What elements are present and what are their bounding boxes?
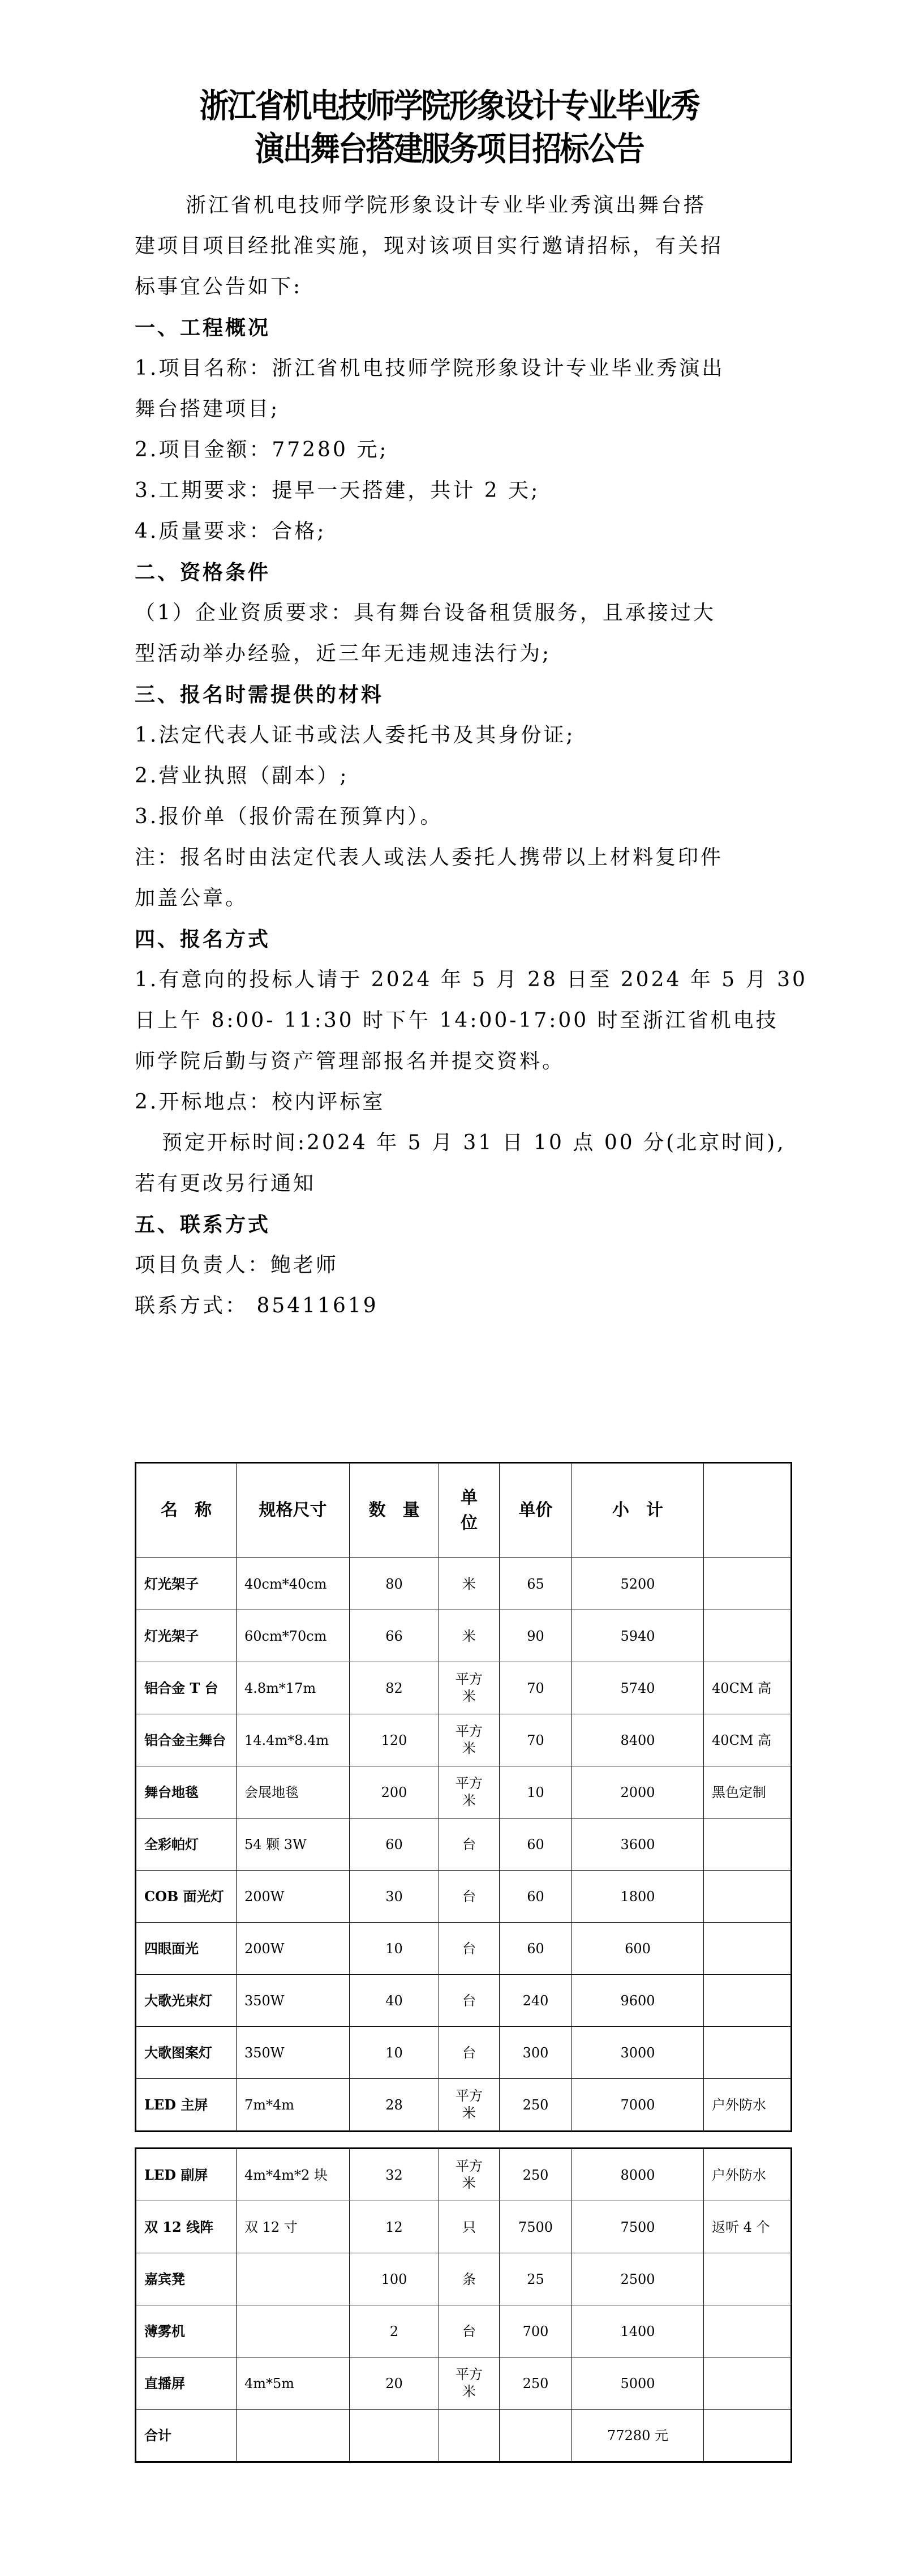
qualification-line: （1）企业资质要求：具有舞台设备租赁服务，且承接过大 (135, 593, 757, 634)
cell-qty: 32 (350, 2149, 439, 2201)
cell-qty: 30 (350, 1871, 439, 1923)
cell-name: LED 主屏 (136, 2079, 237, 2132)
cell-spec: 4.8m*17m (237, 1662, 350, 1714)
cell-subtotal: 77280 元 (572, 2410, 704, 2462)
cell-unit: 平方米 (439, 2079, 500, 2132)
materials-line: 2.营业执照（副本）; (135, 756, 757, 797)
cell-unit: 台 (439, 1975, 500, 2027)
cell-subtotal: 3600 (572, 1818, 704, 1871)
materials-line: 3.报价单（报价需在预算内）。 (135, 797, 757, 837)
cell-subtotal: 3000 (572, 2027, 704, 2079)
table-row: LED 副屏4m*4m*2 块32平方米2508000户外防水 (136, 2149, 792, 2201)
cell-qty: 200 (350, 1766, 439, 1818)
cell-qty (350, 2410, 439, 2462)
cell-qty: 100 (350, 2253, 439, 2305)
quotation-table-part1: 名 称 规格尺寸 数 量 单位 单价 小 计 灯光架子40cm*40cm80米6… (135, 1462, 792, 2132)
cell-price (500, 2410, 572, 2462)
cell-subtotal: 8400 (572, 1714, 704, 1766)
opening-time: 预定开标时间:2024 年 5 月 31 日 10 点 00 分(北京时间), (135, 1123, 757, 1163)
section-heading-materials: 三、报名时需提供的材料 (135, 674, 757, 715)
cell-price: 70 (500, 1714, 572, 1766)
cell-qty: 28 (350, 2079, 439, 2132)
cell-note (704, 2253, 792, 2305)
cell-price: 7500 (500, 2201, 572, 2253)
cell-qty: 40 (350, 1975, 439, 2027)
cell-note (704, 1558, 792, 1610)
cell-unit (439, 2410, 500, 2462)
cell-spec: 40cm*40cm (237, 1558, 350, 1610)
contact-phone: 联系方式： 85411619 (135, 1286, 757, 1326)
overview-line: 4.质量要求：合格; (135, 511, 757, 552)
cell-name: LED 副屏 (136, 2149, 237, 2201)
table-row: COB 面光灯200W30台601800 (136, 1871, 792, 1923)
cell-price: 60 (500, 1871, 572, 1923)
registration-line: 日上午 8:00- 11:30 时下午 14:00-17:00 时至浙江省机电技 (135, 1000, 757, 1041)
cell-note: 返听 4 个 (704, 2201, 792, 2253)
cell-price: 10 (500, 1766, 572, 1818)
cell-subtotal: 2000 (572, 1766, 704, 1818)
cell-name: 灯光架子 (136, 1558, 237, 1610)
cell-subtotal: 7500 (572, 2201, 704, 2253)
intro-line: 建项目项目经批准实施，现对该项目实行邀请招标，有关招 (135, 226, 757, 267)
cell-qty: 80 (350, 1558, 439, 1610)
overview-line: 3.工期要求：提早一天搭建，共计 2 天; (135, 470, 757, 511)
cell-spec: 350W (237, 1975, 350, 2027)
cell-unit: 平方米 (439, 1766, 500, 1818)
table-row: 大歌图案灯350W10台3003000 (136, 2027, 792, 2079)
cell-qty: 120 (350, 1714, 439, 1766)
materials-line: 加盖公章。 (135, 878, 757, 919)
cell-note (704, 2027, 792, 2079)
table-row: 嘉宾凳100条252500 (136, 2253, 792, 2305)
cell-name: 舞台地毯 (136, 1766, 237, 1818)
cell-note (704, 1871, 792, 1923)
cell-unit: 平方米 (439, 1714, 500, 1766)
cell-spec (237, 2253, 350, 2305)
cell-qty: 12 (350, 2201, 439, 2253)
col-header-qty: 数 量 (350, 1463, 439, 1558)
cell-price: 60 (500, 1923, 572, 1975)
page-title-line1: 浙江省机电技师学院形象设计专业毕业秀 (0, 83, 898, 130)
section-heading-registration: 四、报名方式 (135, 919, 757, 960)
table-row: 四眼面光200W10台60600 (136, 1923, 792, 1975)
section-heading-overview: 一、工程概况 (135, 307, 757, 348)
cell-name: COB 面光灯 (136, 1871, 237, 1923)
cell-qty: 60 (350, 1818, 439, 1871)
cell-spec: 双 12 寸 (237, 2201, 350, 2253)
cell-note (704, 1923, 792, 1975)
cell-spec (237, 2410, 350, 2462)
cell-price: 70 (500, 1662, 572, 1714)
table-row: 铝合金 T 台4.8m*17m82平方米70574040CM 高 (136, 1662, 792, 1714)
cell-note (704, 2410, 792, 2462)
cell-name: 全彩帕灯 (136, 1818, 237, 1871)
table-row: 铝合金主舞台14.4m*8.4m120平方米70840040CM 高 (136, 1714, 792, 1766)
cell-name: 大歌光束灯 (136, 1975, 237, 2027)
cell-unit: 台 (439, 1818, 500, 1871)
cell-note: 户外防水 (704, 2079, 792, 2132)
cell-name: 四眼面光 (136, 1923, 237, 1975)
materials-line: 注：报名时由法定代表人或法人委托人携带以上材料复印件 (135, 837, 757, 878)
cell-note (704, 1610, 792, 1662)
cell-unit: 台 (439, 1871, 500, 1923)
cell-subtotal: 5200 (572, 1558, 704, 1610)
cell-price: 60 (500, 1818, 572, 1871)
intro-line: 标事宜公告如下: (135, 267, 757, 307)
quotation-table-part2: LED 副屏4m*4m*2 块32平方米2508000户外防水双 12 线阵双 … (135, 2147, 792, 2463)
cell-subtotal: 5740 (572, 1662, 704, 1714)
cell-qty: 20 (350, 2357, 439, 2410)
cell-note (704, 1818, 792, 1871)
cell-qty: 2 (350, 2305, 439, 2357)
overview-line: 2.项目金额：77280 元; (135, 430, 757, 470)
cell-note: 黑色定制 (704, 1766, 792, 1818)
cell-qty: 10 (350, 2027, 439, 2079)
cell-name: 直播屏 (136, 2357, 237, 2410)
cell-subtotal: 7000 (572, 2079, 704, 2132)
cell-unit: 平方米 (439, 2149, 500, 2201)
cell-unit: 台 (439, 1923, 500, 1975)
table-row: 合计77280 元 (136, 2410, 792, 2462)
cell-name: 灯光架子 (136, 1610, 237, 1662)
cell-price: 700 (500, 2305, 572, 2357)
table-row: LED 主屏7m*4m28平方米2507000户外防水 (136, 2079, 792, 2132)
overview-line: 1.项目名称：浙江省机电技师学院形象设计专业毕业秀演出 (135, 348, 757, 389)
overview-line: 舞台搭建项目; (135, 389, 757, 430)
cell-name: 铝合金 T 台 (136, 1662, 237, 1714)
cell-price: 65 (500, 1558, 572, 1610)
table-row: 舞台地毯会展地毯200平方米102000黑色定制 (136, 1766, 792, 1818)
cell-unit: 条 (439, 2253, 500, 2305)
cell-price: 25 (500, 2253, 572, 2305)
table-row: 全彩帕灯54 颗 3W60台603600 (136, 1818, 792, 1871)
cell-qty: 10 (350, 1923, 439, 1975)
cell-note (704, 2357, 792, 2410)
table-row: 灯光架子40cm*40cm80米655200 (136, 1558, 792, 1610)
cell-subtotal: 1800 (572, 1871, 704, 1923)
cell-note: 40CM 高 (704, 1714, 792, 1766)
cell-spec: 54 颗 3W (237, 1818, 350, 1871)
cell-name: 大歌图案灯 (136, 2027, 237, 2079)
cell-subtotal: 9600 (572, 1975, 704, 2027)
col-header-name: 名 称 (136, 1463, 237, 1558)
col-header-note (704, 1463, 792, 1558)
col-header-price: 单价 (500, 1463, 572, 1558)
cell-unit: 米 (439, 1558, 500, 1610)
cell-spec: 350W (237, 2027, 350, 2079)
table-row: 大歌光束灯350W40台2409600 (136, 1975, 792, 2027)
cell-note: 40CM 高 (704, 1662, 792, 1714)
cell-subtotal: 1400 (572, 2305, 704, 2357)
cell-spec: 会展地毯 (237, 1766, 350, 1818)
cell-qty: 66 (350, 1610, 439, 1662)
cell-price: 90 (500, 1610, 572, 1662)
cell-unit: 米 (439, 1610, 500, 1662)
section-heading-contact: 五、联系方式 (135, 1204, 757, 1245)
cell-spec: 4m*5m (237, 2357, 350, 2410)
cell-subtotal: 2500 (572, 2253, 704, 2305)
cell-price: 250 (500, 2357, 572, 2410)
cell-name: 薄雾机 (136, 2305, 237, 2357)
cell-unit: 台 (439, 2027, 500, 2079)
cell-spec: 7m*4m (237, 2079, 350, 2132)
table-row: 灯光架子60cm*70cm66米905940 (136, 1610, 792, 1662)
cell-subtotal: 5000 (572, 2357, 704, 2410)
cell-note (704, 2305, 792, 2357)
cell-name: 双 12 线阵 (136, 2201, 237, 2253)
section-heading-qualification: 二、资格条件 (135, 552, 757, 593)
cell-name: 铝合金主舞台 (136, 1714, 237, 1766)
announcement-body: 浙江省机电技师学院形象设计专业毕业秀演出舞台搭 建项目项目经批准实施，现对该项目… (135, 185, 757, 1326)
col-header-subtotal: 小 计 (572, 1463, 704, 1558)
qualification-line: 型活动举办经验，近三年无违规违法行为; (135, 634, 757, 674)
registration-line: 师学院后勤与资产管理部报名并提交资料。 (135, 1041, 757, 1082)
cell-price: 250 (500, 2079, 572, 2132)
cell-qty: 82 (350, 1662, 439, 1714)
table-row: 双 12 线阵双 12 寸12只75007500返听 4 个 (136, 2201, 792, 2253)
cell-price: 300 (500, 2027, 572, 2079)
cell-spec: 60cm*70cm (237, 1610, 350, 1662)
cell-name: 合计 (136, 2410, 237, 2462)
contact-person: 项目负责人：鲍老师 (135, 1245, 757, 1286)
cell-subtotal: 600 (572, 1923, 704, 1975)
cell-note (704, 1975, 792, 2027)
cell-unit: 平方米 (439, 1662, 500, 1714)
cell-unit: 只 (439, 2201, 500, 2253)
col-header-unit: 单位 (439, 1463, 500, 1558)
cell-spec: 4m*4m*2 块 (237, 2149, 350, 2201)
cell-name: 嘉宾凳 (136, 2253, 237, 2305)
col-header-spec: 规格尺寸 (237, 1463, 350, 1558)
cell-subtotal: 5940 (572, 1610, 704, 1662)
cell-price: 240 (500, 1975, 572, 2027)
cell-subtotal: 8000 (572, 2149, 704, 2201)
registration-line: 2.开标地点：校内评标室 (135, 1082, 757, 1123)
page-title-line2: 演出舞台搭建服务项目招标公告 (0, 126, 898, 173)
cell-note: 户外防水 (704, 2149, 792, 2201)
cell-unit: 平方米 (439, 2357, 500, 2410)
cell-unit: 台 (439, 2305, 500, 2357)
cell-spec: 14.4m*8.4m (237, 1714, 350, 1766)
table-row: 薄雾机2台7001400 (136, 2305, 792, 2357)
table-header-row: 名 称 规格尺寸 数 量 单位 单价 小 计 (136, 1463, 792, 1558)
opening-note: 若有更改另行通知 (135, 1163, 757, 1204)
cell-spec (237, 2305, 350, 2357)
materials-line: 1.法定代表人证书或法人委托书及其身份证; (135, 715, 757, 756)
cell-spec: 200W (237, 1871, 350, 1923)
table-row: 直播屏4m*5m20平方米2505000 (136, 2357, 792, 2410)
registration-line: 1.有意向的投标人请于 2024 年 5 月 28 日至 2024 年 5 月 … (135, 960, 757, 1000)
intro-line: 浙江省机电技师学院形象设计专业毕业秀演出舞台搭 (135, 185, 757, 226)
cell-spec: 200W (237, 1923, 350, 1975)
cell-price: 250 (500, 2149, 572, 2201)
